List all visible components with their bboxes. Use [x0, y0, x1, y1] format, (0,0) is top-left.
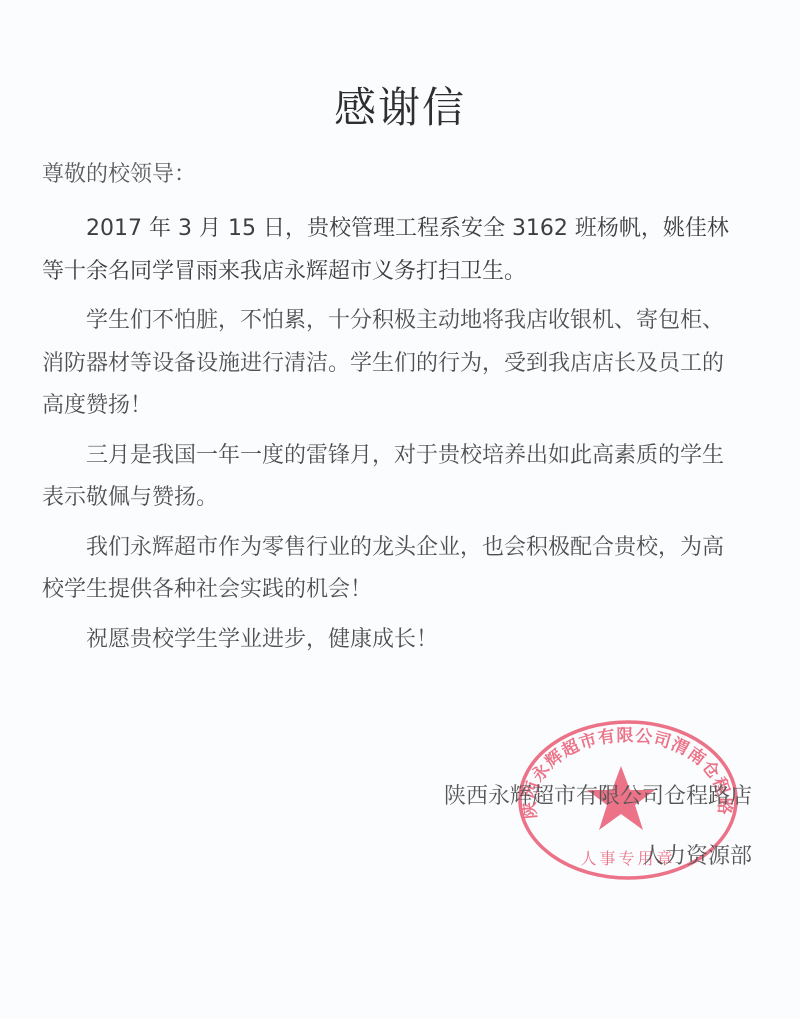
- letter-body: 2017 年 3 月 15 日，贵校管理工程系安全 3162 班杨帆，姚佳林等十…: [42, 208, 742, 661]
- letter-title: 感谢信: [0, 80, 800, 136]
- paragraph-leifeng-month: 三月是我国一年一度的雷锋月，对于贵校培养出如此高素质的学生表示敬佩与赞扬。: [42, 435, 742, 520]
- signature-organization: 陕西永辉超市有限公司仓程路店: [444, 780, 752, 814]
- paragraph-wishes: 祝愿贵校学生学业进步，健康成长！: [42, 619, 742, 662]
- signature-department: 人力资源部: [444, 840, 752, 874]
- letter-page: 感谢信 尊敬的校领导： 2017 年 3 月 15 日，贵校管理工程系安全 31…: [0, 0, 800, 1018]
- paragraph-praise: 学生们不怕脏，不怕累，十分积极主动地将我店收银机、寄包柜、消防器材等设备设施进行…: [42, 300, 742, 428]
- paragraph-event: 2017 年 3 月 15 日，贵校管理工程系安全 3162 班杨帆，姚佳林等十…: [42, 208, 742, 293]
- salutation: 尊敬的校领导：: [42, 160, 196, 190]
- paragraph-cooperation: 我们永辉超市作为零售行业的龙头企业，也会积极配合贵校，为高校学生提供各种社会实践…: [42, 527, 742, 612]
- signature-block: 陕西永辉超市有限公司仓程路店 人力资源部: [444, 780, 752, 874]
